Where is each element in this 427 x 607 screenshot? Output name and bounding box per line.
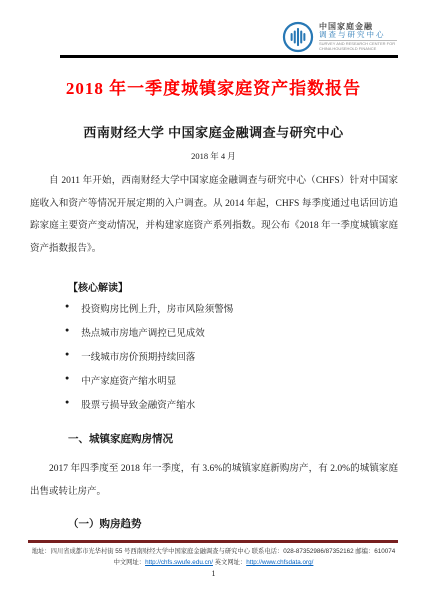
report-date: 2018 年 4 月 (0, 150, 427, 162)
footer-cn-site-link[interactable]: http://chfs.swufe.edu.cn/ (145, 559, 213, 566)
bullet-icon: ● (65, 374, 69, 382)
footer-en-site-link[interactable]: http://www.chfsdata.org/ (246, 559, 313, 566)
key-points-heading: 【核心解读】 (68, 279, 128, 294)
key-points-list: ● 投资购房比例上升，房市风险须警惕 ● 热点城市房地产调控已见成效 ● 一线城… (65, 301, 397, 421)
key-point-text: 热点城市房地产调控已见成效 (81, 325, 205, 339)
footer-address: 地址：四川省成都市光华村街 55 号西南财经大学中国家庭金融调查与研究中心 联系… (0, 546, 427, 555)
key-point-text: 股票亏损导致金融资产缩水 (81, 397, 195, 411)
footer-en-site-label: 英文网址： (215, 559, 246, 566)
logo-name-en: SURVEY AND RESEARCH CENTER FOR CHINA HOU… (319, 40, 397, 51)
report-title: 2018 年一季度城镇家庭资产指数报告 (0, 74, 427, 99)
intro-paragraph: 自 2011 年开始，西南财经大学中国家庭金融调查与研究中心（CHFS）针对中国… (30, 170, 398, 260)
report-author: 西南财经大学 中国家庭金融调查与研究中心 (0, 122, 427, 141)
bullet-icon: ● (65, 398, 69, 406)
logo-name-cn-line2: 调查与研究中心 (319, 31, 397, 39)
key-point-item: ● 股票亏损导致金融资产缩水 (65, 397, 397, 421)
bullet-icon: ● (65, 302, 69, 310)
key-point-item: ● 中产家庭资产缩水明显 (65, 373, 397, 397)
header-rule (60, 55, 398, 58)
footer-cn-site-label: 中文网址： (114, 559, 145, 566)
bullet-icon: ● (65, 350, 69, 358)
bullet-icon: ● (65, 326, 69, 334)
chfs-logo: 中国家庭金融 调查与研究中心 SURVEY AND RESEARCH CENTE… (281, 20, 397, 54)
section-1-heading: 一、城镇家庭购房情况 (68, 431, 173, 446)
key-point-text: 一线城市房价预期持续回落 (81, 349, 195, 363)
document-page: 中国家庭金融 调查与研究中心 SURVEY AND RESEARCH CENTE… (0, 0, 427, 607)
section-1-subheading: （一）购房趋势 (68, 516, 142, 531)
footer-rule (28, 540, 398, 543)
key-point-item: ● 热点城市房地产调控已见成效 (65, 325, 397, 349)
key-point-item: ● 投资购房比例上升，房市风险须警惕 (65, 301, 397, 325)
section-1-paragraph: 2017 年四季度至 2018 年一季度，有 3.6%的城镇家庭新购房产，有 2… (30, 458, 398, 503)
key-point-item: ● 一线城市房价预期持续回落 (65, 349, 397, 373)
chfs-logo-icon (281, 20, 315, 54)
key-point-text: 中产家庭资产缩水明显 (81, 373, 176, 387)
key-point-text: 投资购房比例上升，房市风险须警惕 (81, 301, 233, 315)
page-number: 1 (0, 569, 427, 578)
footer-links: 中文网址：http://chfs.swufe.edu.cn/ 英文网址：http… (0, 557, 427, 566)
logo-text-block: 中国家庭金融 调查与研究中心 SURVEY AND RESEARCH CENTE… (319, 23, 397, 51)
